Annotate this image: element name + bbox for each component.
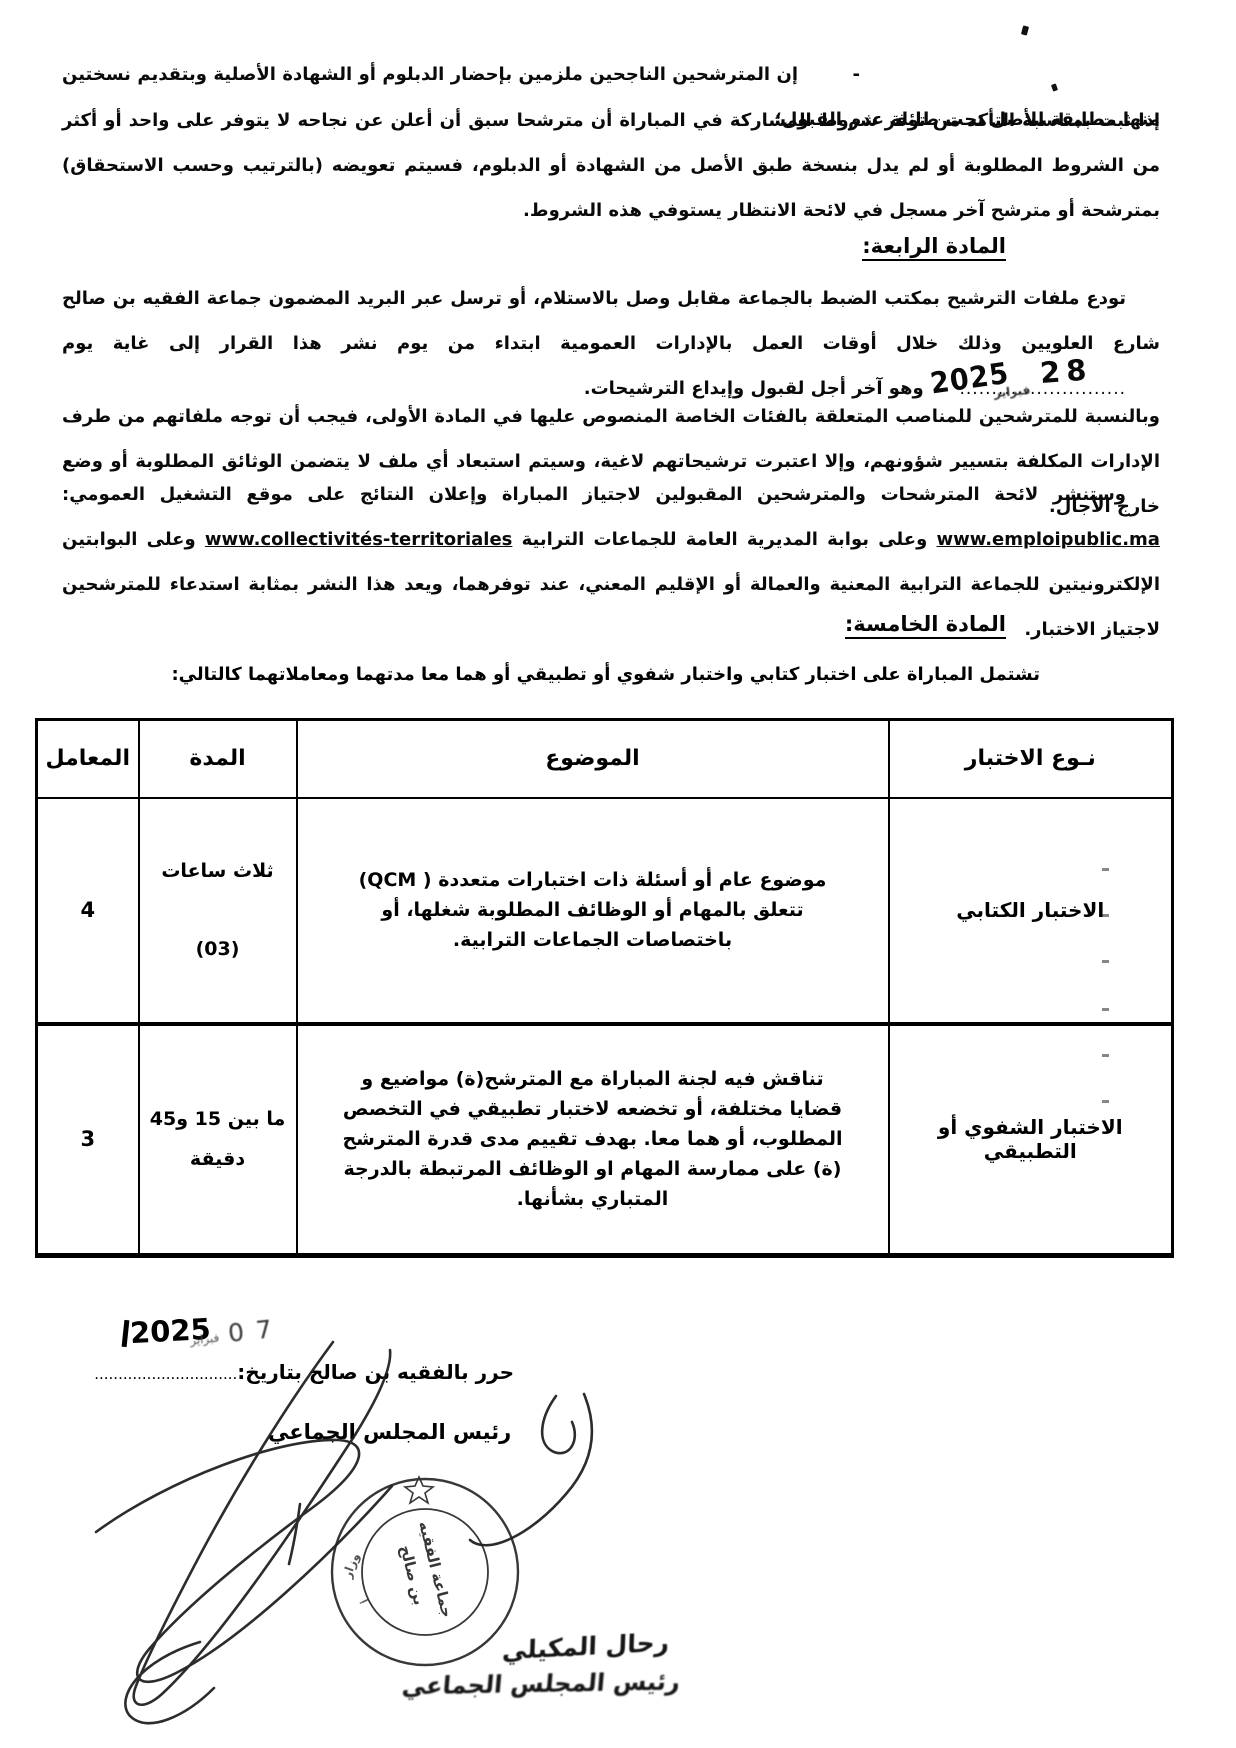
oral-duration-line1: ما بين 15 و45 [140,1108,296,1130]
cell-written-subject: موضوع عام أو أسئلة ذات اختبارات متعددة (… [297,798,889,1024]
written-duration-line1: ثلاث ساعات [140,860,296,882]
scan-noise-speck [1021,25,1029,35]
list-dash: - [853,52,1010,97]
cell-written-type: الاختبار الكتابي [889,798,1173,1024]
article5-intro: تشتمل المباراة على اختبار كتابي واختبار … [171,664,1040,685]
written-duration-line2: (03) [140,938,296,960]
article4-p1-before-date: تودع ملفات الترشيح بمكتب الضبط بالجماعة … [62,288,1160,354]
table-header-duration: المدة [139,720,297,798]
cell-oral-type: الاختبار الشفوي أو التطبيقي [889,1024,1173,1256]
article4-paragraph-1: تودع ملفات الترشيح بمكتب الضبط بالجماعة … [62,276,1160,412]
article4-heading: المادة الرابعة: [862,234,1006,261]
table-header-subject: الموضوع [297,720,889,798]
handwritten-title: رئيس المجلس الجماعي [401,1668,681,1701]
table-header-row: نـوع الاختبار الموضوع المدة المعامل [37,720,1173,798]
cell-written-duration: ثلاث ساعات (03) [139,798,297,1024]
exam-table: نـوع الاختبار الموضوع المدة المعامل الاخ… [35,718,1174,1258]
intro-line2: إذا ثبت بمناسبة التأكد من توفر شروط المش… [62,110,1160,221]
article4-p3-part1: وستنشر لائحة المترشحات والمترشحين المقبو… [62,484,1126,505]
emploipublic-link[interactable]: www.emploipublic.ma [936,529,1159,550]
cell-oral-coefficient: 3 [37,1024,139,1256]
cell-oral-subject: تناقش فيه لجنة المباراة مع المترشح(ة) مو… [297,1024,889,1256]
table-header-type: نـوع الاختبار [889,720,1173,798]
collectivites-link[interactable]: www.collectivités-territoriales [205,529,513,550]
signature-scribble [96,1342,592,1723]
table-row-oral-test: الاختبار الشفوي أو التطبيقي تناقش فيه لج… [37,1024,1173,1256]
intro-paragraph-2: إذا ثبت بمناسبة التأكد من توفر شروط المش… [62,98,1160,233]
cell-written-coefficient: 4 [37,798,139,1024]
oral-duration-line2: دقيقة [140,1148,296,1170]
table-row-written-test: الاختبار الكتابي موضوع عام أو أسئلة ذات … [37,798,1173,1024]
scanned-document-page: - إن المترشحين الناجحين ملزمين بإحضار ال… [0,0,1236,1748]
article4-p3-part2: وعلى بوابة المديرية العامة للجماعات التر… [522,529,928,550]
article5-heading: المادة الخامسة: [845,612,1006,639]
table-header-coefficient: المعامل [37,720,139,798]
cell-oral-duration: ما بين 15 و45 دقيقة [139,1024,297,1256]
